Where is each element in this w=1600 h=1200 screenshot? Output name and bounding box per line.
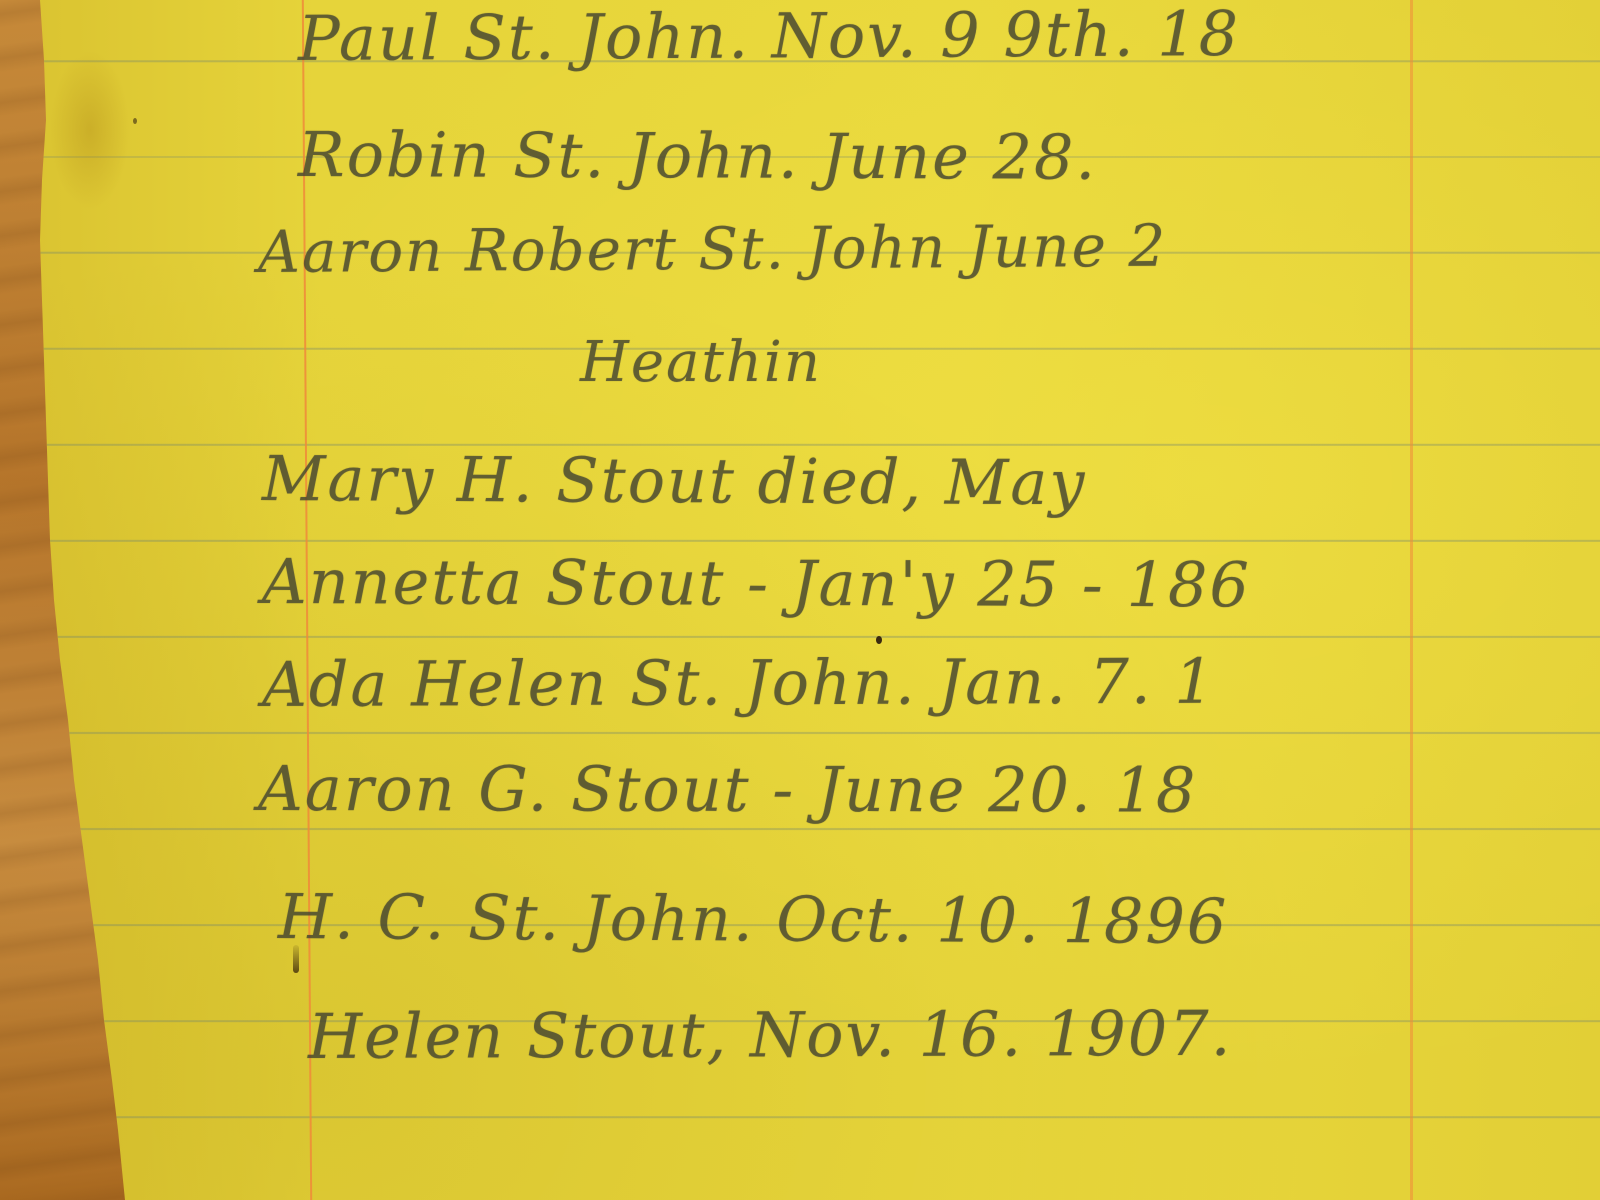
entry-line: Robin St. John. June 28. bbox=[298, 118, 1097, 194]
entry-line: Paul St. John. Nov. 9 9th. 18 bbox=[298, 0, 1240, 75]
ink-speck bbox=[133, 118, 137, 124]
ink-speck bbox=[876, 636, 882, 644]
handwritten-entries: Paul St. John. Nov. 9 9th. 18 Robin St. … bbox=[0, 0, 1600, 1200]
entry-line: H. C. St. John. Oct. 10. 1896 bbox=[278, 880, 1229, 958]
entry-line: Aaron G. Stout - June 20. 18 bbox=[258, 752, 1197, 827]
entry-line: Ada Helen St. John. Jan. 7. 1 bbox=[262, 645, 1216, 721]
entry-line: Mary H. Stout died, May bbox=[262, 442, 1087, 519]
entry-line: Aaron Robert St. John June 2 bbox=[258, 212, 1168, 286]
entry-line: Annetta Stout - Jan'y 25 - 186 bbox=[262, 545, 1251, 621]
entry-line: Helen Stout, Nov. 16. 1907. bbox=[308, 997, 1233, 1073]
entry-line-continuation: Heathin bbox=[580, 330, 822, 395]
paper-tear-mark bbox=[293, 945, 299, 973]
